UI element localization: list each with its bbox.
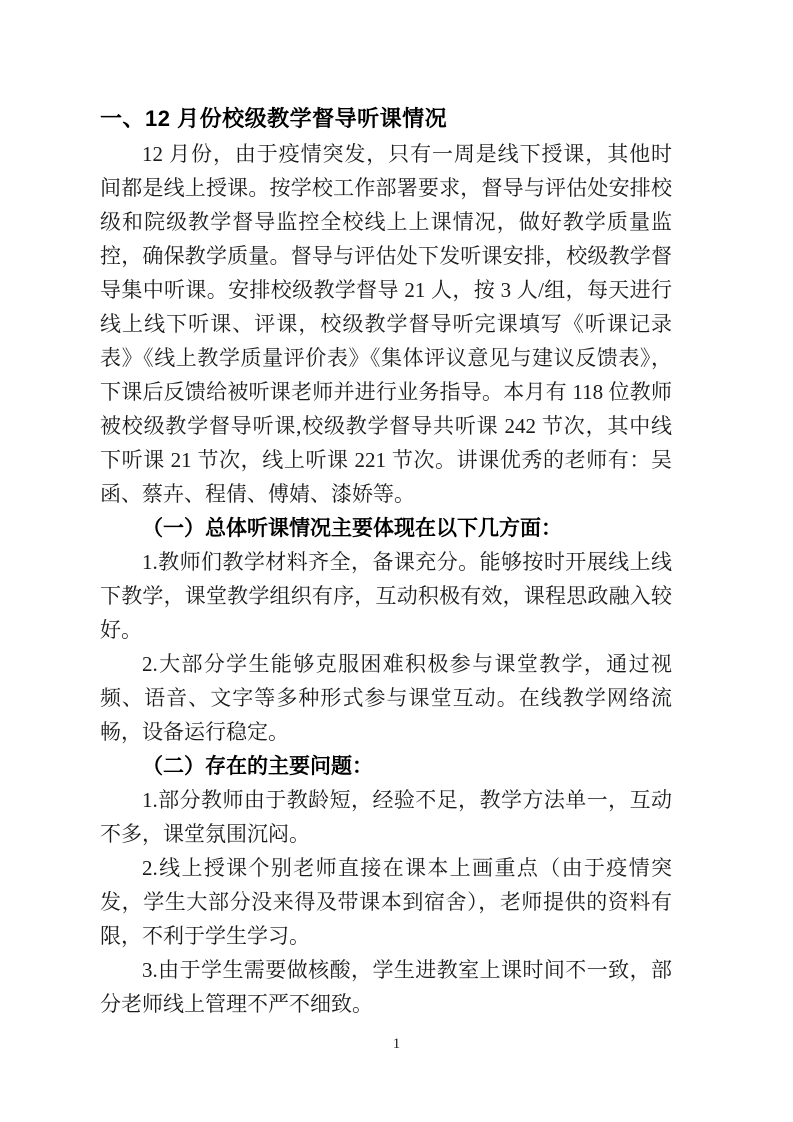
paragraph-highlight-2: 2.大部分学生能够克服困难积极参与课堂教学，通过视频、语音、文字等多种形式参与课… [100,647,672,749]
document-heading: 一、12 月份校级教学督导听课情况 [100,101,672,137]
sub-heading-main-problems: （二）存在的主要问题： [100,749,672,783]
page-number: 1 [0,1036,793,1053]
paragraph-problem-2: 2.线上授课个别老师直接在课本上画重点（由于疫情突发，学生大部分没来得及带课本到… [100,851,672,953]
sub-heading-overall-situation: （一）总体听课情况主要体现在以下几方面： [100,511,672,545]
document-page: 一、12 月份校级教学督导听课情况 12 月份，由于疫情突发，只有一周是线下授课… [0,0,793,1122]
paragraph-problem-1: 1.部分教师由于教龄短，经验不足，教学方法单一，互动不多，课堂氛围沉闷。 [100,783,672,851]
paragraph-highlight-1: 1.教师们教学材料齐全，备课充分。能够按时开展线上线下教学，课堂教学组织有序，互… [100,545,672,647]
document-content: 一、12 月份校级教学督导听课情况 12 月份，由于疫情突发，只有一周是线下授课… [100,101,672,1021]
paragraph-problem-3: 3.由于学生需要做核酸，学生进教室上课时间不一致，部分老师线上管理不严不细致。 [100,953,672,1021]
paragraph-overview: 12 月份，由于疫情突发，只有一周是线下授课，其他时间都是线上授课。按学校工作部… [100,137,672,511]
